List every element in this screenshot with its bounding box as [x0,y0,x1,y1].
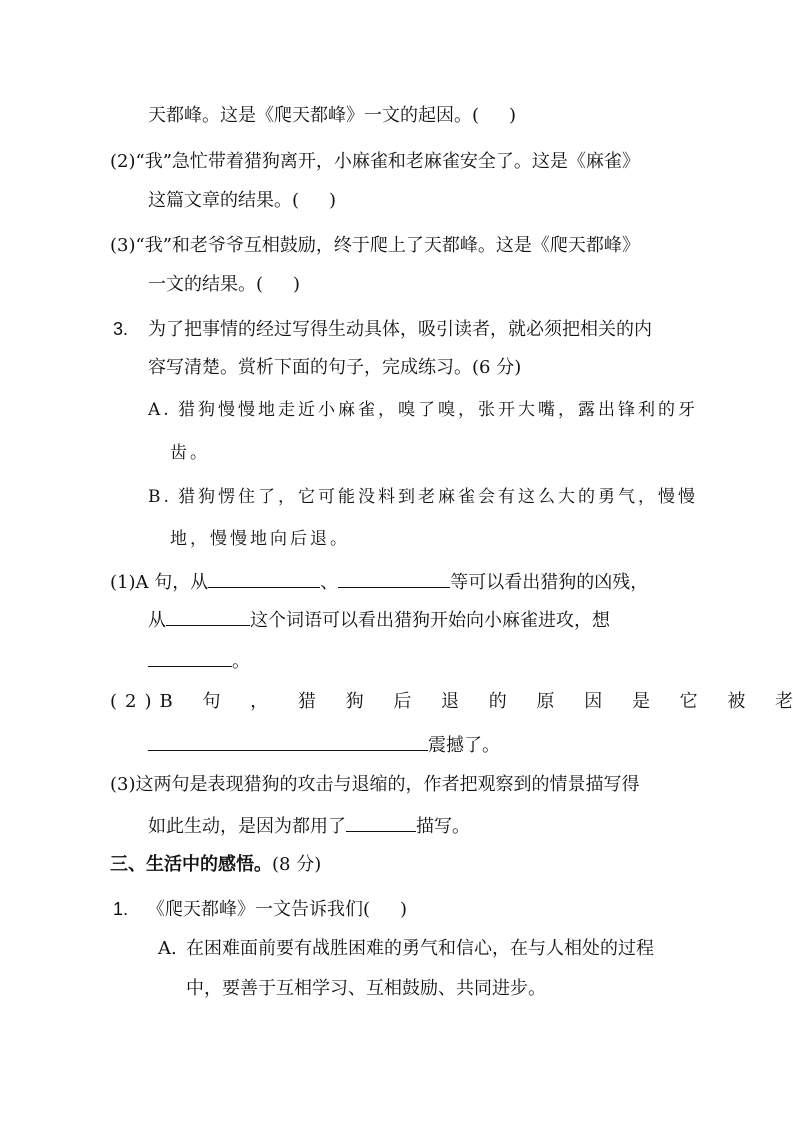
text: ) [509,105,516,126]
option-label: B. [148,485,178,509]
option-a: A.在困难面前要有战胜困难的勇气和信心，在与人相处的过程 [158,937,654,961]
text: 中，要善于互相学习、互相鼓励、共同进步。 [186,978,546,999]
text: (3)这两句是表现猎狗的攻击与退缩的，作者把观察到的情景描写得 [110,774,640,795]
question-2-2-continuation: 这篇文章的结果。() [148,189,336,213]
question-3-2-continuation: 震撼了。 [148,732,500,758]
text: ) [293,274,300,295]
text: 。 [232,651,250,672]
question-3-continuation: 容写清楚。赏析下面的句子，完成练习。(6 分) [148,356,521,380]
section-3-question-1: 1.《爬天都峰》一文告诉我们() [113,897,407,922]
section-score: (8 分) [272,854,321,875]
text: 天都峰。这是《爬天都峰》一文的起因。( [148,105,479,126]
sentence-b-continuation: 地，慢慢地向后退。 [170,527,350,551]
option-label: A. [148,398,178,422]
question-3-2: (2)B 句 ， 猎 狗 后 退 的 原 因 是 它 被 老 麻 雀 [110,690,793,714]
text: “我”和老爷爷互相鼓励，终于爬上了天都峰。这是《爬天都峰》 [136,235,640,256]
sentence-a: A.猎狗慢慢地走近小麻雀，嗅了嗅，张开大嘴，露出锋利的牙 [148,398,698,422]
item-number: 1. [113,897,147,921]
question-3: 3.为了把事情的经过写得生动具体，吸引读者，就必须把相关的内 [113,317,652,342]
text: ) [400,899,407,920]
fill-blank-4[interactable] [148,648,232,667]
question-2-1-continuation: 天都峰。这是《爬天都峰》一文的起因。() [148,104,516,128]
text: “我”急忙带着猎狗离开，小麻雀和老麻雀安全了。这是《麻雀》 [136,151,640,172]
text: 一文的结果。( [148,274,263,295]
text: 《爬天都峰》一文告诉我们( [147,899,370,920]
text: 猎狗慢慢地走近小麻雀，嗅了嗅，张开大嘴，露出锋利的牙 [178,400,698,420]
sentence-b: B.猎狗愣住了，它可能没料到老麻雀会有这么大的勇气，慢慢 [148,485,698,509]
fill-blank-2[interactable] [338,569,450,588]
text: 容写清楚。赏析下面的句子，完成练习。(6 分) [148,357,521,378]
text: 描写。 [416,816,470,837]
question-2-3-continuation: 一文的结果。() [148,273,300,297]
text: (1)A 句，从 [110,572,208,593]
text: 等可以看出猎狗的凶残， [450,572,648,593]
question-3-1: (1)A 句，从、等可以看出猎狗的凶残， [110,569,648,595]
section-title: 三、生活中的感悟。 [110,854,272,875]
item-number: 3. [113,317,148,341]
text: 震撼了。 [428,735,500,756]
text: 在困难面前要有战胜困难的勇气和信心，在与人相处的过程 [186,938,654,959]
fill-blank-5[interactable] [148,732,428,751]
text: 猎狗愣住了，它可能没料到老麻雀会有这么大的勇气，慢慢 [178,487,698,507]
question-3-3-continuation: 如此生动，是因为都用了描写。 [148,813,470,839]
option-a-continuation: 中，要善于互相学习、互相鼓励、共同进步。 [186,977,546,1001]
question-3-1-continuation-2: 。 [148,648,250,674]
text: 这个词语可以看出猎狗开始向小麻雀进攻，想 [250,610,610,631]
text: 这篇文章的结果。( [148,190,299,211]
section-3-heading: 三、生活中的感悟。(8 分) [110,853,321,877]
text: 从 [148,610,166,631]
item-number: (3) [110,235,136,256]
sentence-a-continuation: 齿。 [170,441,210,465]
text: 如此生动，是因为都用了 [148,816,346,837]
option-label: A. [158,937,186,961]
question-3-1-continuation: 从这个词语可以看出猎狗开始向小麻雀进攻，想 [148,607,610,633]
fill-blank-3[interactable] [166,607,250,626]
text: 地，慢慢地向后退。 [170,529,350,549]
question-2-2: (2)“我”急忙带着猎狗离开，小麻雀和老麻雀安全了。这是《麻雀》 [110,150,640,174]
text: ) [329,190,336,211]
question-2-3: (3)“我”和老爷爷互相鼓励，终于爬上了天都峰。这是《爬天都峰》 [110,234,640,258]
fill-blank-6[interactable] [346,813,416,832]
text: 为了把事情的经过写得生动具体，吸引读者，就必须把相关的内 [148,319,652,340]
text: 齿。 [170,443,210,463]
fill-blank-1[interactable] [208,569,320,588]
item-number: (2) [110,151,136,172]
text: 、 [320,572,338,593]
text: (2)B 句 ， 猎 狗 后 退 的 原 因 是 它 被 老 麻 雀 [110,691,793,712]
question-3-3: (3)这两句是表现猎狗的攻击与退缩的，作者把观察到的情景描写得 [110,773,640,797]
